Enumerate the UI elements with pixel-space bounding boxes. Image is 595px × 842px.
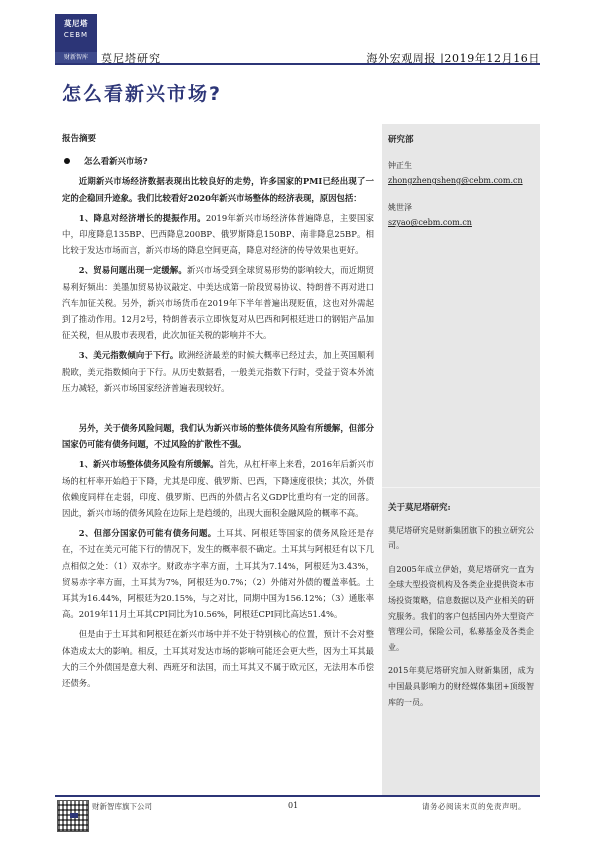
about-paragraph: 自2005年成立伊始，莫尼塔研究一直为全球大型投资机构及各类企业提供资本市场投资… xyxy=(388,562,534,656)
about-section: 关于莫尼塔研究: 莫尼塔研究是财新集团旗下的独立研究公司。 自2005年成立伊始… xyxy=(382,494,540,725)
point-lead: 1、降息对经济增长的提振作用。 xyxy=(79,213,206,223)
intro-paragraph: 近期新兴市场经济数据表现出比较良好的走势，许多国家的PMI已经出现了一定的企稳回… xyxy=(62,173,374,205)
page-title: 怎么看新兴市场? xyxy=(62,79,222,106)
about-paragraph: 2015年莫尼塔研究加入财新集团，成为中国最具影响力的财经媒体集团+顶级智库的一… xyxy=(388,663,534,710)
debt-point-paragraph: 1、新兴市场整体债务风险有所缓解。首先，从杠杆率上来看，2016年后新兴市场的杠… xyxy=(62,456,374,521)
main-content: 报告摘要 怎么看新兴市场? 近期新兴市场经济数据表现出比较良好的走势，许多国家的… xyxy=(62,131,374,695)
debt-point-lead: 1、新兴市场整体债务风险有所缓解。 xyxy=(79,459,219,469)
point-paragraph: 3、美元指数倾向于下行。欧洲经济最差的时候大概率已经过去，加上英国顺利脱欧，美元… xyxy=(62,347,374,396)
point-lead: 2、贸易问题出现一定缓解。 xyxy=(79,265,187,275)
bullet-text: 怎么看新兴市场? xyxy=(84,153,148,169)
page-header: 莫尼塔 CEBM 财新智库 莫尼塔研究 海外宏观周报 |2019年12月16日 xyxy=(55,14,540,64)
sidebar-divider xyxy=(382,487,540,488)
analyst-name: 钟正生 xyxy=(388,158,534,173)
logo-en-text: CEBM xyxy=(55,31,97,39)
point-paragraph: 1、降息对经济增长的提振作用。2019年新兴市场经济体普遍降息，主要国家中，印度… xyxy=(62,210,374,259)
analyst-email-link[interactable]: zhongzhengsheng@cebm.com.cn xyxy=(388,173,534,188)
debt-point-text: 土耳其、阿根廷等国家的债务风险还是存在，不过在美元可能下行的情况下，发生的概率很… xyxy=(62,528,374,619)
research-dept-heading: 研究部 xyxy=(388,133,534,148)
qr-code-icon xyxy=(57,800,89,832)
debt-point-lead: 2、但部分国家仍可能有债务问题。 xyxy=(79,528,217,538)
point-text: 新兴市场受到全球贸易形势的影响较大，而近期贸易利好频出：美墨加贸易协议敲定、中美… xyxy=(62,265,374,340)
analyst-email-link[interactable]: szyao@cebm.com.cn xyxy=(388,215,534,230)
disclaimer-note: 请务必阅读末页的免责声明。 xyxy=(422,801,526,812)
header-divider xyxy=(55,63,540,65)
bullet-icon xyxy=(64,158,70,164)
cebm-logo: 莫尼塔 CEBM xyxy=(55,14,97,52)
sidebar: 研究部 钟正生 zhongzhengsheng@cebm.com.cn 姚世泽 … xyxy=(382,124,540,795)
bullet-heading: 怎么看新兴市场? xyxy=(62,153,374,169)
point-lead: 3、美元指数倾向于下行。 xyxy=(79,350,179,360)
page-number: 01 xyxy=(288,801,298,810)
closing-paragraph: 但是由于土耳其和阿根廷在新兴市场中并不处于特别核心的位置，预计不会对整体造成太大… xyxy=(62,626,374,691)
logo-cn-text: 莫尼塔 xyxy=(55,18,97,29)
about-paragraph: 莫尼塔研究是财新集团旗下的独立研究公司。 xyxy=(388,523,534,554)
footer-company: 财新智库旗下公司 xyxy=(92,801,152,812)
debt-point-paragraph: 2、但部分国家仍可能有债务问题。土耳其、阿根廷等国家的债务风险还是存在，不过在美… xyxy=(62,525,374,622)
section-label: 报告摘要 xyxy=(62,131,374,147)
point-paragraph: 2、贸易问题出现一定缓解。新兴市场受到全球贸易形势的影响较大，而近期贸易利好频出… xyxy=(62,262,374,343)
about-heading: 关于莫尼塔研究: xyxy=(388,501,534,517)
debt-intro-paragraph: 另外，关于债务风险问题，我们认为新兴市场的整体债务风险有所缓解，但部分国家仍可能… xyxy=(62,420,374,452)
footer-divider xyxy=(55,795,540,797)
analyst-name: 姚世泽 xyxy=(388,200,534,215)
